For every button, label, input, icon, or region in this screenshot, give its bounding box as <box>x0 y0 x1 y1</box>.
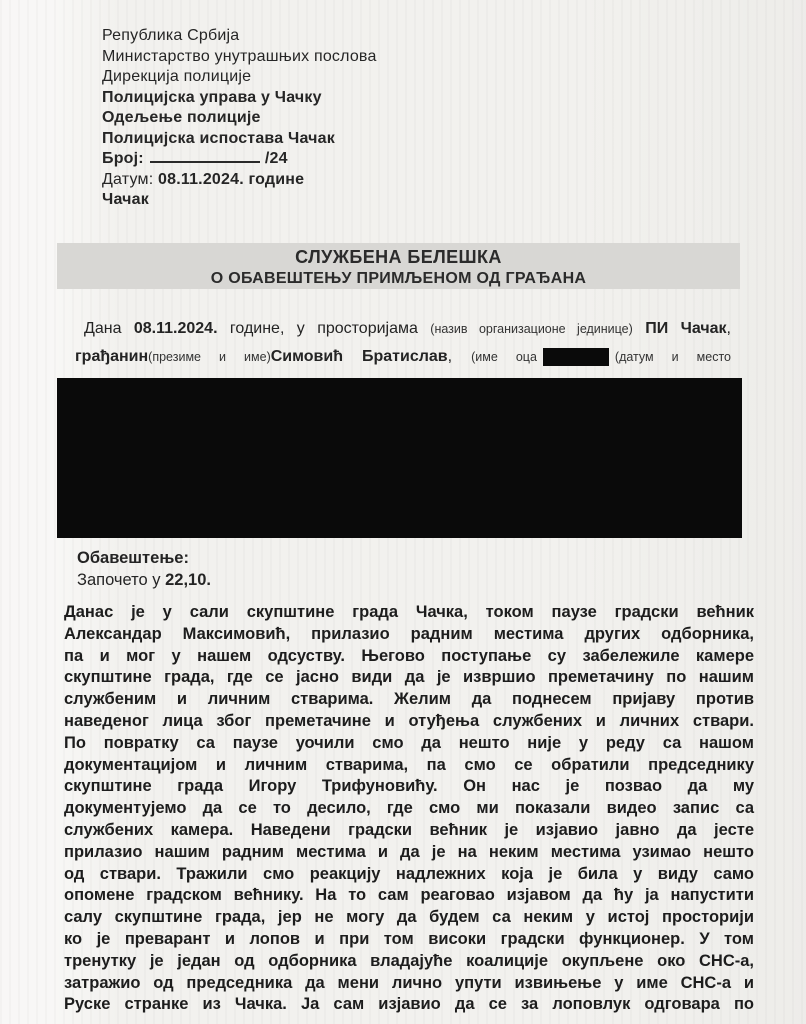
redaction-block <box>57 378 742 538</box>
intro-line-1: Дана 08.11.2024. године, у просторијама … <box>75 315 731 343</box>
intro-text: Дана <box>84 320 134 337</box>
statement-line: од ствари. Тражили смо реакцију надлежни… <box>64 864 754 886</box>
letterhead: Република СрбијаМинистарство унутрашњих … <box>102 26 377 211</box>
date-value: 08.11.2024. године <box>158 171 304 188</box>
date-line: Датум: 08.11.2024. године <box>102 170 377 191</box>
case-number-line: Број:/24 <box>102 149 377 170</box>
intro-text: , <box>727 320 731 337</box>
statement-line: затражио од председника да мени лично уп… <box>64 973 754 995</box>
note-start-line: Започето у 22,10. <box>77 571 211 590</box>
case-number-label: Број: <box>102 150 144 167</box>
unit-lines: Полицијска управа у ЧачкуОдељење полициј… <box>102 88 377 150</box>
statement-line: Руске странке из Чачка. Ја сам изјавио д… <box>64 994 754 1016</box>
form-hint-name: (презиме и име) <box>148 350 271 364</box>
date-label: Датум: <box>102 171 158 188</box>
citizen-label: грађанин <box>75 348 148 365</box>
statement-line: документацијом и личним стварима, па смо… <box>64 755 754 777</box>
statement-line: наведеног лица због преметачине и отуђењ… <box>64 711 754 733</box>
org-lines: Република СрбијаМинистарство унутрашњих … <box>102 26 377 88</box>
form-hint-father: (име оца <box>471 350 537 364</box>
statement-line: службеним и личним стварима. Желим да по… <box>64 689 754 711</box>
org-line: Дирекција полиције <box>102 67 377 88</box>
statement-line: скупштине града Игору Трифуновићу. Он на… <box>64 776 754 798</box>
statement-line: Александар Максимовић, прилазио радним м… <box>64 624 754 646</box>
intro-paragraph: Дана 08.11.2024. године, у просторијама … <box>75 315 731 371</box>
statement-line: ко је преварант и лопов и при том високи… <box>64 929 754 951</box>
intro-text: , <box>448 348 471 365</box>
unit-line: Полицијска управа у Чачку <box>102 88 377 109</box>
unit-line: Одељење полиције <box>102 108 377 129</box>
org-line: Република Србија <box>102 26 377 47</box>
statement-line: скупштине града, где се јасно види да је… <box>64 667 754 689</box>
redaction-box-small <box>543 348 609 366</box>
statement-line: Данас је у сали скупштине града Чачка, т… <box>64 602 754 624</box>
document-subtitle: О ОБАВЕШТЕЊУ ПРИМЉЕНОМ ОД ГРАЂАНА <box>57 269 740 289</box>
statement-line: службених камера. Наведени градски већни… <box>64 820 754 842</box>
city-line: Чачак <box>102 190 377 211</box>
statement-line: па и мог у нашем одсуству. Његово поступ… <box>64 646 754 668</box>
note-start-time: 22,10. <box>165 571 211 589</box>
note-start-prefix: Започето у <box>77 571 165 589</box>
form-hint-org-unit: (назив организационе јединице) <box>430 322 633 336</box>
statement-line: тренутку је један од одборника владајуће… <box>64 951 754 973</box>
case-number-suffix: /24 <box>265 150 288 167</box>
scanned-document-page: Република СрбијаМинистарство унутрашњих … <box>0 0 806 1024</box>
case-number-blank <box>150 149 260 163</box>
statement-line: По повратку са паузе уочили смо да нешто… <box>64 733 754 755</box>
statement-line: прилазио нашим радним местима и да је на… <box>64 842 754 864</box>
intro-date: 08.11.2024. <box>134 320 218 337</box>
statement-line: документујемо да се то десило, где смо м… <box>64 798 754 820</box>
title-band: СЛУЖБЕНА БЕЛЕШКА О ОБАВЕШТЕЊУ ПРИМЉЕНОМ … <box>57 243 740 289</box>
unit-line: Полицијска испостава Чачак <box>102 129 377 150</box>
org-unit-value: ПИ Чачак <box>633 320 727 337</box>
note-label: Обавештење: <box>77 549 189 568</box>
citizen-name: Симовић Братислав <box>271 348 448 365</box>
statement-line: опомене градском већнику. На то сам реаг… <box>64 885 754 907</box>
statement-line: салу скупштине града, јер не могу да буд… <box>64 907 754 929</box>
intro-text: године, у просторијама <box>218 320 431 337</box>
org-line: Министарство унутрашњих послова <box>102 47 377 68</box>
statement-body: Данас је у сали скупштине града Чачка, т… <box>64 602 754 1016</box>
intro-line-2: грађанин(презиме и име)Симовић Братислав… <box>75 343 731 371</box>
form-hint-birth: (датум и место <box>615 350 731 364</box>
document-title: СЛУЖБЕНА БЕЛЕШКА <box>57 243 740 269</box>
